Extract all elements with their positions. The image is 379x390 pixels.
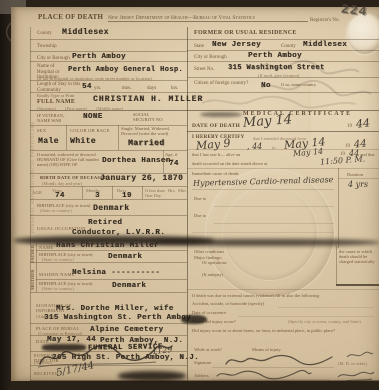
res-county-label: County — [281, 44, 296, 50]
death-certificate-photo: PLACE OF DEATH New Jersey Department of … — [0, 0, 379, 390]
external-causes-label: If death was due to external causes (vio… — [192, 293, 374, 298]
ink-smudge-band-2 — [150, 239, 379, 246]
accident-label: Accident, suicide, or homicide (specify) — [192, 301, 264, 306]
of-operations-label: Of operations — [202, 260, 227, 265]
fullname-label: FULL NAME — [37, 99, 75, 106]
if-autopsy-label: (If autopsy) — [202, 272, 223, 277]
res-county-value: Middlesex — [303, 41, 347, 49]
stay-mos: mos. — [122, 86, 132, 92]
medical-title-smudge — [200, 112, 242, 117]
lastsaw-label: that I last saw h— alive on — [192, 152, 240, 157]
street-label: Street No. — [194, 67, 214, 73]
margin-section-label: PERSONAL AND STATISTICAL PARTICULARS — [30, 115, 35, 233]
marital-value: Married — [128, 139, 164, 148]
address-label: Address — [194, 373, 209, 378]
mother-bp-note: (State or country) — [42, 286, 74, 291]
signature-date-mark — [345, 350, 375, 360]
mother-section-label: MOTHER — [30, 266, 35, 290]
birthdate-label: BIRTH DATE OF DECEASED — [40, 175, 107, 180]
ss-label: SOCIAL SECURITY NO. — [133, 112, 169, 122]
citizen-label: Citizen of foreign country? — [194, 81, 254, 87]
marital-label: Single, Married, Widowed, Divorced (writ… — [121, 126, 183, 136]
received-label: RECEIVED — [34, 371, 59, 376]
stat-box-line — [336, 246, 337, 284]
res-city-label: City or Borough — [194, 55, 227, 61]
other-conditions-label: Other conditions — [194, 249, 224, 254]
stat-note: the cause to which death should be charg… — [339, 249, 377, 264]
spouse-age-value: 74 — [169, 160, 179, 168]
father-section-label: FATHER — [30, 241, 35, 263]
ink-bleed-through-2 — [200, 95, 360, 109]
signature-label: Signature — [194, 360, 211, 365]
column-divider — [187, 27, 188, 381]
township-label: Township — [37, 44, 57, 50]
burial-value: Alpine Cemetery — [90, 326, 164, 334]
duration-label: Duration — [347, 172, 363, 177]
race-label: COLOR OR RACE — [70, 128, 110, 133]
duration-value: 4 yrs — [348, 180, 368, 189]
age-less-label: If less than One Day — [145, 188, 167, 198]
department-name: New Jersey Department of Health—Bureau o… — [108, 15, 308, 22]
dod-year-value: 44 — [355, 116, 370, 130]
father-bp-value: Denmark — [108, 253, 142, 261]
veteran-label: IF VETERAN, NAME WAR — [37, 113, 77, 123]
registrar-stamp-blob — [118, 371, 186, 381]
birthplace-value: Denmark — [93, 204, 129, 213]
dod-year-prefix: 19 — [347, 124, 352, 130]
residence-title: FORMER OR USUAL RESIDENCE — [194, 30, 297, 37]
where-injury-note: (Specify city or town, county, and State… — [288, 319, 376, 324]
county-value: Middlesex — [62, 28, 109, 37]
spouse-value: Dorthea Hansen — [102, 157, 171, 165]
hospital-value: Perth Amboy General Hosp. — [68, 66, 183, 74]
duration-column-line — [338, 168, 339, 248]
occupation-value-1: Retired — [88, 219, 122, 227]
mother-bp-value: Denmark — [112, 282, 146, 290]
place-city-value: Perth Amboy — [72, 53, 126, 61]
age-min-label: Min. — [178, 188, 187, 193]
dod-label: DATE OF DEATH — [192, 123, 240, 129]
while-at-work-label: While at work? — [194, 347, 222, 352]
form-title: PLACE OF DEATH — [38, 14, 103, 22]
spouse-label: If married, widowed or divorced HUSBAND … — [37, 152, 99, 167]
state-value: New Jersey — [212, 41, 261, 49]
md-or-other-label: (M. D. or other) — [338, 361, 374, 366]
registrar-no-stamp: 224 — [340, 1, 368, 19]
birthplace-note: (State or country) — [40, 208, 72, 213]
bottom-box-line — [30, 380, 379, 381]
occurred-label: death occurred on the date stated above … — [192, 161, 267, 166]
race-value: White — [70, 137, 96, 146]
veteran-value: NONE — [83, 113, 103, 121]
physician-signature — [222, 352, 337, 368]
due-to-label-2: Due to — [194, 213, 206, 218]
informant-addr-value: 315 Washington St. Perth Amboy — [44, 314, 191, 322]
stay-value: 54 — [82, 83, 92, 91]
stay-yrs: yrs. — [94, 86, 101, 92]
address-date-mark — [336, 367, 376, 383]
cause-label: Immediate cause of death: — [192, 171, 239, 176]
birthdate-value: January 26, 1870 — [100, 174, 183, 183]
sex-value: Male — [38, 137, 59, 146]
state-label: State — [194, 44, 204, 50]
county-label: County — [37, 31, 52, 37]
fullname-value: CHRISTIAN H. MILLER — [93, 95, 203, 104]
mother-name-value: Nelsina ---------- — [72, 269, 160, 277]
age-hrs-label: Hrs. — [168, 188, 176, 193]
print-note: Kindly Type or Print — [37, 93, 74, 98]
funeral-director-signature — [36, 340, 176, 368]
stay-hrs: hrs. — [171, 86, 178, 92]
mother-name-label: MAIDEN NAME — [39, 272, 75, 277]
stay-days: days — [147, 86, 156, 92]
registrar-no-label: Registrar's No. — [310, 18, 340, 24]
due-to-label-1: Due to — [194, 196, 206, 201]
ink-blot-margin — [181, 315, 207, 324]
sex-label: SEX — [37, 128, 46, 133]
did-injury-label: Did injury occur in or about home, on fa… — [192, 328, 368, 333]
father-name-value: Hans Christian Miller — [56, 242, 159, 250]
informant-name-value: Mrs. Dorthe Miller, wife — [56, 305, 174, 313]
